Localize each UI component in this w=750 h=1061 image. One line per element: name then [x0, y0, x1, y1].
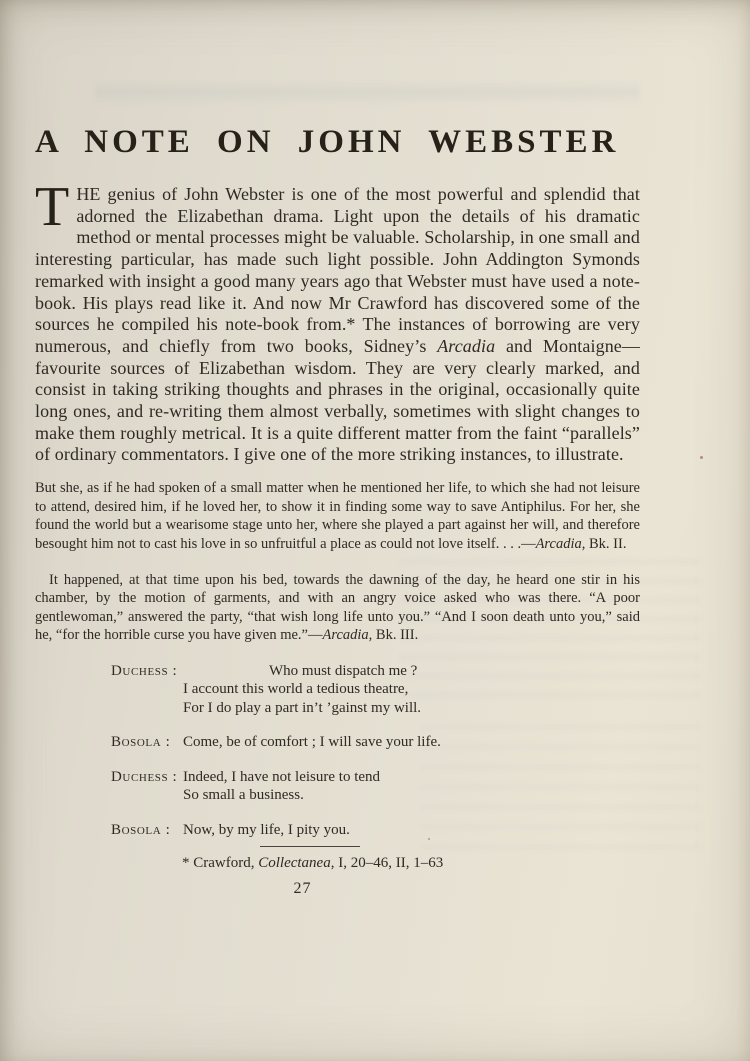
footnote-work-title: Collectanea [258, 855, 330, 871]
dialogue-line: Indeed, I have not leisure to tend [183, 768, 640, 787]
dialogue-line: Now, by my life, I pity you. [183, 821, 640, 840]
dialogue-line: Who must dispatch me ? [183, 662, 640, 681]
speaker-label: Bosola : [111, 733, 183, 752]
dialogue-lines: Indeed, I have not leisure to tend So sm… [183, 768, 640, 805]
book-page: A NOTE ON JOHN WEBSTER THE genius of Joh… [0, 0, 750, 1061]
text-block: A NOTE ON JOHN WEBSTER THE genius of Joh… [35, 0, 640, 898]
dialogue-line: Come, be of comfort ; I will save your l… [183, 733, 640, 752]
quotation-arcadia-bk2: But she, as if he had spoken of a small … [35, 479, 640, 553]
speaker-label: Duchess : [111, 768, 183, 805]
footnote: * Crawford, Collectanea, I, 20–46, II, 1… [182, 854, 640, 872]
paper-speck [700, 456, 703, 459]
intro-arcadia-italic: Arcadia [437, 336, 495, 356]
dialogue-entry: Bosola : Now, by my life, I pity you. [111, 821, 640, 840]
dialogue-entry: Duchess : Indeed, I have not leisure to … [111, 768, 640, 805]
quote2-source-rest: , Bk. III. [369, 627, 419, 643]
footnote-divider [260, 846, 360, 847]
dialogue-line: For I do play a part in’t ’gainst my wil… [183, 699, 640, 718]
intro-text-1: HE genius of John Webster is one of the … [35, 184, 640, 356]
quotation-arcadia-bk3: It happened, at that time upon his bed, … [35, 571, 640, 645]
dialogue-lines: Now, by my life, I pity you. [183, 821, 640, 840]
dialogue-lines: Who must dispatch me ? I account this wo… [183, 662, 640, 718]
page-number: 27 [35, 880, 570, 898]
dialogue-line: I account this world a tedious theatre, [183, 680, 640, 699]
quote1-source-title: Arcadia [536, 536, 582, 552]
verse-dialogue: Duchess : Who must dispatch me ? I accou… [111, 662, 640, 840]
speaker-label: Duchess : [111, 662, 183, 718]
intro-paragraph: THE genius of John Webster is one of the… [35, 184, 640, 466]
dialogue-entry: Duchess : Who must dispatch me ? I accou… [111, 662, 640, 718]
footnote-refs: , I, 20–46, II, 1–63 [331, 855, 444, 871]
dialogue-entry: Bosola : Come, be of comfort ; I will sa… [111, 733, 640, 752]
speaker-label: Bosola : [111, 821, 183, 840]
drop-cap: T [35, 184, 76, 228]
quote2-source-title: Arcadia [322, 627, 368, 643]
footnote-lead: * Crawford, [182, 855, 258, 871]
quote1-source-rest: , Bk. II. [582, 536, 627, 552]
dialogue-line: So small a business. [183, 786, 640, 805]
dialogue-lines: Come, be of comfort ; I will save your l… [183, 733, 640, 752]
page-title: A NOTE ON JOHN WEBSTER [35, 126, 640, 159]
